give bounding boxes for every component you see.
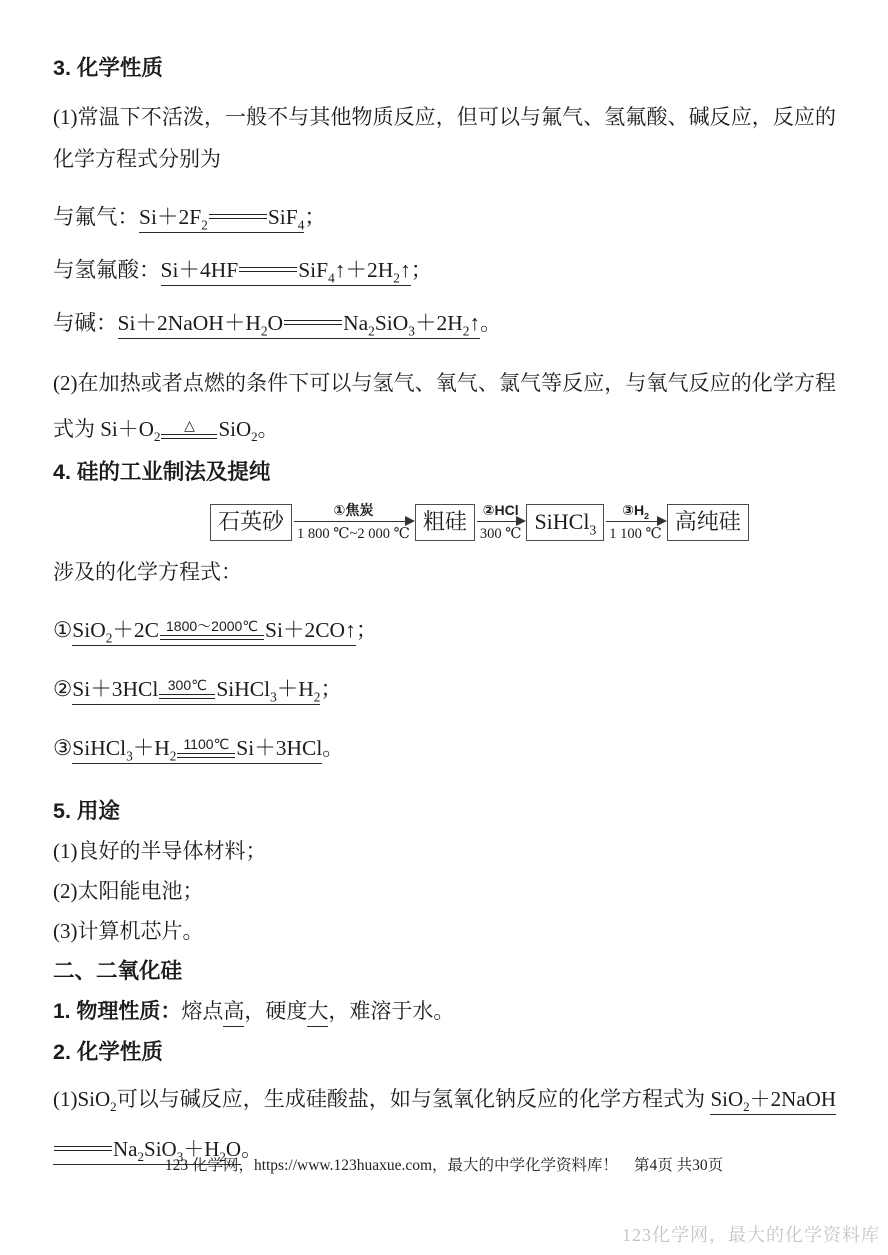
text-run: SiHCl [216, 677, 270, 701]
blank-underline: Si＋2F2SiF4 [139, 205, 304, 233]
equation-step3-reduction: ③SiHCl3＋H21100℃Si＋3HCl。 [53, 732, 836, 764]
reaction-condition: 300℃ [159, 677, 215, 694]
text-run: ① [53, 618, 72, 642]
process-flow: 石英砂①焦炭1 800 ℃~2 000 ℃粗硅②HCl300 ℃SiHCl3③H… [210, 502, 836, 543]
reaction-condition: 1800～2000℃ [160, 618, 264, 635]
text-run: 粗硅 [423, 509, 467, 534]
blank-underline: SiO2＋2C1800～2000℃Si＋2CO↑ [72, 618, 356, 646]
reaction-condition: △ [161, 417, 217, 434]
text-run: O [268, 311, 284, 335]
heading-chemical-properties: 3. 化学性质 [53, 54, 836, 82]
text-run: SiO [72, 618, 105, 642]
text-run: ↑＋2H [335, 258, 394, 282]
footer-page-number: 第4页 共30页 [634, 1157, 723, 1174]
text-run: 高 [223, 999, 244, 1023]
double-equals [239, 267, 297, 272]
text-run: SiO [375, 311, 408, 335]
blank-underline: Si＋2NaOH＋H2ONa2SiO3＋2H2↑ [118, 311, 481, 339]
text-run: 大 [307, 999, 328, 1023]
subscript: 2 [201, 217, 208, 232]
equals-line [161, 434, 217, 439]
flow-arrow-top-label: ③H2 [622, 502, 649, 520]
text-run: SiHCl [534, 509, 589, 534]
text-run: 1. 物理性质： [53, 1000, 181, 1023]
flow-box: SiHCl3 [526, 504, 604, 541]
text-run: ； [304, 205, 326, 229]
document-content: 3. 化学性质 (1)常温下不活泼，一般不与其他物质反应，但可以与氟气、氢氟酸、… [0, 0, 888, 1174]
text-run: 。 [322, 736, 344, 760]
flow-box: 高纯硅 [667, 504, 749, 541]
para-involved-equations: 涉及的化学方程式： [53, 557, 836, 587]
arrow-right-icon [606, 521, 664, 522]
text-run: ③H [622, 502, 644, 518]
text-run: Si＋3HCl [72, 677, 158, 701]
equals-line [160, 635, 264, 640]
text-run: ＋2NaOH [750, 1087, 836, 1111]
flow-box: 石英砂 [210, 504, 292, 541]
text-run: SiO [218, 417, 251, 441]
flow-arrow: ①焦炭1 800 ℃~2 000 ℃ [294, 502, 413, 543]
text-run: ＋2H [415, 311, 463, 335]
page-footer: 123 化学网，https://www.123huaxue.com，最大的中学化… [0, 1153, 888, 1175]
text-run: ＋2C [112, 618, 159, 642]
text-run: ③ [53, 736, 72, 760]
heading-industrial-production: 4. 硅的工业制法及提纯 [53, 458, 836, 486]
subscript: 2 [368, 323, 375, 338]
blank-underline: Si＋4HFSiF4↑＋2H2↑ [161, 258, 411, 286]
text-run: 石英砂 [218, 509, 284, 534]
flow-arrow: ③H21 100 ℃ [606, 502, 664, 543]
heading-sio2-chemical-properties: 2. 化学性质 [53, 1032, 836, 1072]
flow-arrow-bottom-label: 300 ℃ [477, 525, 525, 544]
equation-step2-hcl: ②Si＋3HCl300℃SiHCl3＋H2； [53, 673, 836, 705]
subscript: 3 [589, 523, 596, 538]
text-run: ； [356, 618, 378, 642]
blank-underline: SiHCl3＋H21100℃Si＋3HCl [72, 736, 322, 764]
text-run: Si＋2CO↑ [265, 618, 356, 642]
use-item-computer-chip: (3)计算机芯片。 [53, 911, 836, 951]
text-run: SiHCl [72, 736, 126, 760]
text-run: ↑ [400, 258, 411, 282]
text-run: 高纯硅 [675, 509, 741, 534]
blank-underline: 高 [223, 999, 244, 1027]
footer-site-info: 123 化学网，https://www.123huaxue.com，最大的中学化… [165, 1157, 618, 1174]
subscript: 2 [393, 270, 400, 285]
arrow-right-icon [294, 521, 413, 522]
text-run: ，硬度 [244, 999, 307, 1023]
equals-line [239, 267, 297, 272]
text-run: ，难溶于水。 [328, 999, 454, 1023]
equals-line [159, 694, 215, 699]
double-equals [54, 1146, 112, 1151]
para-heating-reactions: (2)在加热或者点燃的条件下可以与氢气、氧气、氯气等反应，与氧气反应的化学方程式… [53, 360, 836, 452]
flow-arrow-top-label: ①焦炭 [333, 502, 373, 520]
subscript: 3 [126, 749, 133, 764]
blank-underline: 大 [307, 999, 328, 1027]
equals-with-condition: 1800～2000℃ [160, 618, 264, 640]
text-run: (1)SiO [53, 1087, 110, 1111]
text-run: 与氟气： [53, 205, 139, 229]
text-run: 与氢氟酸： [53, 258, 161, 282]
text-run: 。 [480, 311, 502, 335]
subscript: 2 [261, 323, 268, 338]
equals-line [54, 1146, 112, 1151]
equals-line [177, 753, 235, 758]
arrow-right-icon [477, 521, 525, 522]
text-run: Si＋4HF [161, 258, 239, 282]
equation-hydrofluoric-acid: 与氢氟酸：Si＋4HFSiF4↑＋2H2↑； [53, 254, 836, 286]
use-item-solar-cell: (2)太阳能电池； [53, 871, 836, 911]
use-item-semiconductor: (1)良好的半导体材料； [53, 831, 836, 871]
subscript: 2 [170, 749, 177, 764]
text-run: ①焦炭 [333, 502, 373, 518]
text-run: 与碱： [53, 311, 118, 335]
text-run: ＋H [277, 677, 314, 701]
subscript: 2 [154, 429, 161, 444]
equals-with-condition: △ [161, 417, 217, 439]
equals-line [209, 214, 267, 219]
double-equals [209, 214, 267, 219]
text-run: 。 [258, 417, 279, 441]
subscript: 2 [644, 511, 649, 521]
subscript: 3 [270, 690, 277, 705]
text-run: SiF [268, 205, 298, 229]
para-physical-properties: 1. 物理性质：熔点高，硬度大，难溶于水。 [53, 991, 836, 1032]
equation-fluorine: 与氟气：Si＋2F2SiF4； [53, 201, 836, 233]
text-run: ＋H [133, 736, 170, 760]
text-run: ； [320, 677, 342, 701]
para-room-temp-reactivity: (1)常温下不活泼，一般不与其他物质反应，但可以与氟气、氢氟酸、碱反应，反应的化… [53, 96, 836, 180]
heading-silicon-dioxide: 二、二氧化硅 [53, 951, 836, 991]
equals-line [284, 320, 342, 325]
subscript: 3 [408, 323, 415, 338]
text-run: 可以与碱反应，生成硅酸盐，如与氢氧化钠反应的化学方程式为 [117, 1087, 711, 1111]
flow-arrow-bottom-label: 1 100 ℃ [606, 525, 664, 544]
heading-uses: 5. 用途 [53, 791, 836, 831]
flow-arrow: ②HCl300 ℃ [477, 502, 525, 543]
uses-and-sio2-section: 5. 用途 (1)良好的半导体材料； (2)太阳能电池； (3)计算机芯片。 二… [53, 791, 836, 1072]
equals-with-condition: 300℃ [159, 677, 215, 699]
text-run: Si＋3HCl [236, 736, 322, 760]
equation-alkali: 与碱：Si＋2NaOH＋H2ONa2SiO3＋2H2↑。 [53, 307, 836, 339]
text-run: Na [343, 311, 368, 335]
text-run: 熔点 [181, 999, 223, 1023]
subscript: 4 [328, 270, 335, 285]
text-run: ② [53, 677, 72, 701]
blank-underline: Si＋3HCl300℃SiHCl3＋H2 [72, 677, 320, 705]
flow-arrow-top-label: ②HCl [483, 502, 519, 520]
flow-arrow-bottom-label: 1 800 ℃~2 000 ℃ [294, 525, 413, 544]
reaction-condition: 1100℃ [177, 736, 235, 753]
equation-step1-carbothermic: ①SiO2＋2C1800～2000℃Si＋2CO↑； [53, 614, 836, 646]
text-run: Si＋2F [139, 205, 201, 229]
text-run: SiO [710, 1087, 743, 1111]
double-equals [284, 320, 342, 325]
text-run: ↑ [469, 311, 480, 335]
watermark-text: 123化学网，最大的化学资料库 [622, 1221, 880, 1247]
text-run: ； [411, 258, 433, 282]
text-run: SiF [298, 258, 328, 282]
flow-box: 粗硅 [415, 504, 475, 541]
document-page: 3. 化学性质 (1)常温下不活泼，一般不与其他物质反应，但可以与氟气、氢氟酸、… [0, 0, 888, 1255]
equals-with-condition: 1100℃ [177, 736, 235, 758]
text-run: ②HCl [483, 502, 519, 518]
text-run: Si＋2NaOH＋H [118, 311, 261, 335]
